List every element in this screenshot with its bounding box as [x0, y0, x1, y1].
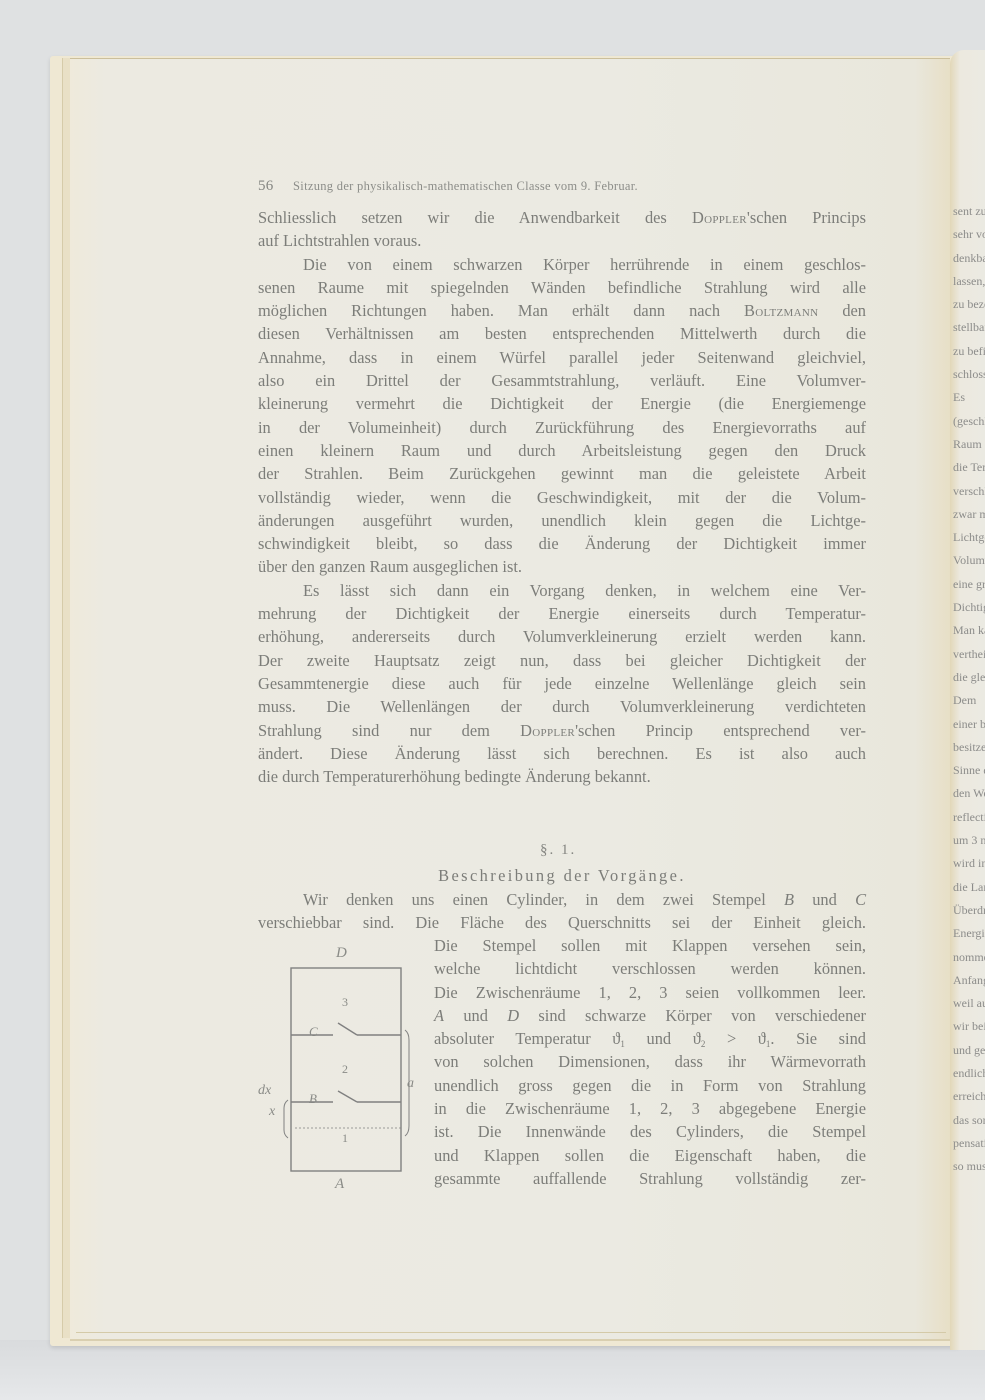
adjacent-page-line: Lichtgesc — [953, 526, 985, 549]
label-c: C — [309, 1024, 318, 1040]
text-line: in die Zwischenräume 1, 2, 3 abgegebene … — [434, 1097, 866, 1120]
paragraph-2: Die von einem schwarzen Körper herrühren… — [258, 253, 866, 579]
adjacent-page-line: Es — [953, 386, 985, 409]
label-x: x — [269, 1104, 275, 1120]
text-line: Gesammtenergie diese auch für jede einze… — [258, 672, 866, 695]
text-line: Schliesslich setzen wir die Anwendbarkei… — [258, 206, 866, 229]
text-line: ändert. Diese Änderung lässt sich berech… — [258, 742, 866, 765]
text-line: Wir denken uns einen Cylinder, in dem zw… — [258, 888, 866, 911]
text-line: änderungen ausgeführt wurden, unendlich … — [258, 509, 866, 532]
adjacent-page-line: so musste — [953, 1155, 985, 1178]
adjacent-page-line: wird in 2 — [953, 852, 985, 875]
label-dx: dx — [258, 1083, 271, 1099]
running-header: 56 Sitzung der physikalisch-mathematisch… — [258, 178, 868, 195]
text-line: ist. Die Innenwände des Cylinders, die S… — [434, 1120, 866, 1143]
adjacent-page-line: lassen, d — [953, 270, 985, 293]
text-line: vollständig wieder, wenn die Geschwindig… — [258, 486, 866, 509]
adjacent-page-line: Dem — [953, 689, 985, 712]
adjacent-page-line: die Lame — [953, 876, 985, 899]
adjacent-page-line: erreicht u — [953, 1085, 985, 1108]
adjacent-page-line: nommene — [953, 946, 985, 969]
adjacent-page-line: reflectirt, — [953, 806, 985, 829]
adjacent-page-line: die Temp — [953, 456, 985, 479]
text-line: mehrung der Dichtigkeit der Energie eine… — [258, 602, 866, 625]
text-line: absoluter Temperatur ϑ1 und ϑ2 > ϑ1. Sie… — [434, 1027, 866, 1050]
text-line: Strahlung sind nur dem Doppler'schen Pri… — [258, 719, 866, 742]
text-line: also ein Drittel der Gesammtstrahlung, v… — [258, 369, 866, 392]
text-line: kleinerung vermehrt die Dichtigkeit der … — [258, 392, 866, 415]
text-line: Der zweite Hauptsatz zeigt nun, dass bei… — [258, 649, 866, 672]
text-line: gesammte auffallende Strahlung vollständ… — [434, 1167, 866, 1190]
adjacent-page-line: weil auf — [953, 992, 985, 1015]
adjacent-page-line: wir bei g — [953, 1015, 985, 1038]
label-space-3: 3 — [342, 995, 348, 1010]
text-line: muss. Die Wellenlängen der durch Volumve… — [258, 695, 866, 718]
adjacent-page-line: die gleich — [953, 666, 985, 689]
label-space-1: 1 — [342, 1131, 348, 1146]
cylinder-diagram: D 3 C 2 B dx x a 1 A — [255, 940, 435, 1200]
adjacent-page-line: vertheilun — [953, 643, 985, 666]
text-line: in der Volumeinheit) durch Zurückführung… — [258, 416, 866, 439]
section-number: §. 1. — [540, 842, 576, 859]
text-line: verschiebbar sind. Die Fläche des Quersc… — [258, 911, 866, 934]
adjacent-page-line: Energie i — [953, 922, 985, 945]
adjacent-page-text: sent zusehr vodenkbarlassen, dzu bezeist… — [953, 200, 985, 1178]
text-line: der Strahlen. Beim Zurückgehen gewinnt m… — [258, 462, 866, 485]
text-line: von solchen Dimensionen, dass ihr Wärmev… — [434, 1050, 866, 1073]
text-line: und Klappen sollen die Eigenschaft haben… — [434, 1144, 866, 1167]
text-line: Die Stempel sollen mit Klappen versehen … — [434, 934, 866, 957]
text-line: diesen Verhältnissen am besten entsprech… — [258, 322, 866, 345]
paragraph-1: Schliesslich setzen wir die Anwendbarkei… — [258, 206, 866, 253]
text-line: erhöhung, andererseits durch Volumverkle… — [258, 625, 866, 648]
adjacent-page-line: Anfangsla — [953, 969, 985, 992]
text-line: senen Raume mit spiegelnden Wänden befin… — [258, 276, 866, 299]
text-line: Es lässt sich dann ein Vorgang denken, i… — [258, 579, 866, 602]
adjacent-page-line: zu bezei — [953, 293, 985, 316]
adjacent-page-line: stellbar s — [953, 316, 985, 339]
scan-background — [0, 1340, 985, 1400]
adjacent-page-line: (geschl — [953, 410, 985, 433]
text-line: Die Zwischenräume 1, 2, 3 seien vollkomm… — [434, 981, 866, 1004]
text-line: unendlich gross gegen die in Form von St… — [434, 1074, 866, 1097]
label-d: D — [336, 945, 347, 962]
label-space-2: 2 — [342, 1062, 348, 1077]
adjacent-page-line: pensation — [953, 1132, 985, 1155]
adjacent-page-line: sehr vo — [953, 223, 985, 246]
adjacent-page-line: Dichtigke — [953, 596, 985, 619]
adjacent-page-line: einer best — [953, 713, 985, 736]
adjacent-page-line: endlich E — [953, 1062, 985, 1085]
page-bottom-edge — [76, 1332, 946, 1333]
section-paragraph: Wir denken uns einen Cylinder, in dem zw… — [258, 888, 866, 935]
adjacent-page-line: Raum 3. — [953, 433, 985, 456]
adjacent-page-line: schlossen — [953, 363, 985, 386]
adjacent-page-line: Man kann — [953, 619, 985, 642]
text-line: auf Lichtstrahlen voraus. — [258, 229, 866, 252]
text-line: A und D sind schwarze Körper von verschi… — [434, 1004, 866, 1027]
paragraph-3: Es lässt sich dann ein Vorgang denken, i… — [258, 579, 866, 789]
page-number: 56 — [258, 178, 274, 194]
adjacent-page-line: um 3 na — [953, 829, 985, 852]
adjacent-page-line: Volumver — [953, 549, 985, 572]
running-title: Sitzung der physikalisch-mathematischen … — [293, 179, 638, 193]
section-paragraph-column: Die Stempel sollen mit Klappen versehen … — [434, 934, 866, 1190]
text-line: einen kleinern Raum und durch Arbeitslei… — [258, 439, 866, 462]
adjacent-page-line: das sons — [953, 1109, 985, 1132]
adjacent-page-line: Sinne du — [953, 759, 985, 782]
adjacent-page-line: Überdruck — [953, 899, 985, 922]
text-line: Annahme, dass in einem Würfel parallel j… — [258, 346, 866, 369]
name-boltzmann: Boltzmann — [744, 301, 818, 320]
text-line: Die von einem schwarzen Körper herrühren… — [258, 253, 866, 276]
adjacent-page-line: sent zu — [953, 200, 985, 223]
adjacent-page-line: besitzen — [953, 736, 985, 759]
section-title: Beschreibung der Vorgänge. — [258, 866, 866, 886]
adjacent-page-line: verschloss — [953, 480, 985, 503]
adjacent-page-line: zu befind — [953, 340, 985, 363]
name-doppler: Doppler — [692, 208, 747, 227]
adjacent-page-line: und gewi — [953, 1039, 985, 1062]
name-doppler: Doppler — [520, 721, 575, 740]
adjacent-page-line: denkbar — [953, 247, 985, 270]
text-line: über den ganzen Raum ausgeglichen ist. — [258, 555, 866, 578]
label-a: a — [407, 1076, 414, 1092]
text-line: die durch Temperaturerhöhung bedingte Än… — [258, 765, 866, 788]
adjacent-page-line: zwar mit — [953, 503, 985, 526]
label-a-body: A — [335, 1176, 344, 1193]
label-b: B — [309, 1091, 317, 1107]
body-text: Schliesslich setzen wir die Anwendbarkei… — [258, 206, 866, 788]
text-line: welche lichtdicht verschlossen werden kö… — [434, 957, 866, 980]
text-line: möglichen Richtungen haben. Man erhält d… — [258, 299, 866, 322]
adjacent-page-line: den Wel — [953, 782, 985, 805]
adjacent-page-line: eine grös — [953, 573, 985, 596]
text-line: schwindigkeit bleibt, so dass die Änderu… — [258, 532, 866, 555]
